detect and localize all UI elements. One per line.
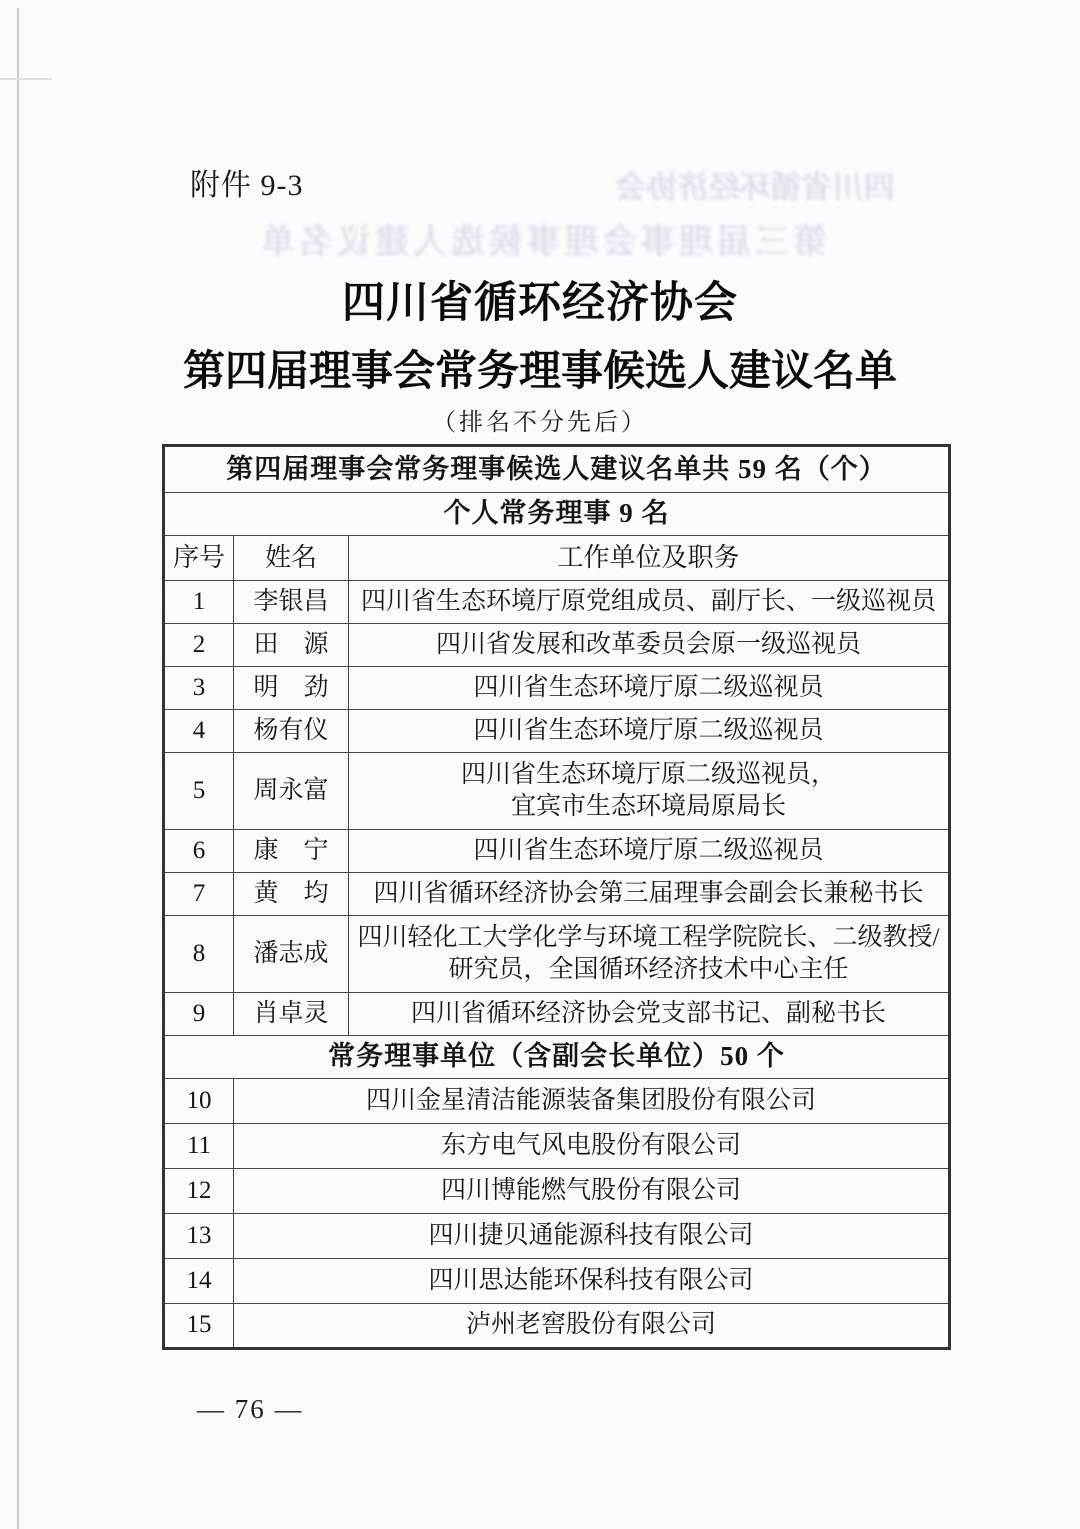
table-row: 1 李银昌 四川省生态环境厅原党组成员、副厅长、一级巡视员 <box>164 581 950 624</box>
table-row: 11 东方电气风电股份有限公司 <box>164 1124 950 1169</box>
cell-position: 四川省生态环境厅原二级巡视员 <box>349 667 950 710</box>
ink-bleedthrough-line-1: 四川省循环经济协会 <box>610 162 900 207</box>
document-title: 四川省循环经济协会 <box>0 269 1080 330</box>
cell-name: 康 宁 <box>234 830 349 873</box>
cell-position: 四川省生态环境厅原二级巡视员， 宜宾市生态环境局原局长 <box>349 753 950 830</box>
table-row: 12 四川博能燃气股份有限公司 <box>164 1169 950 1214</box>
unit-section-header: 常务理事单位（含副会长单位）50 个 <box>164 1036 950 1079</box>
cell-no: 13 <box>164 1214 234 1259</box>
column-header-unit: 工作单位及职务 <box>349 536 950 581</box>
table-row: 15 泸州老窖股份有限公司 <box>164 1304 950 1349</box>
cell-no: 7 <box>164 873 234 916</box>
cell-name: 潘志成 <box>234 916 349 993</box>
table-row: 13 四川捷贝通能源科技有限公司 <box>164 1214 950 1259</box>
cell-position: 四川省循环经济协会党支部书记、副秘书长 <box>349 993 950 1036</box>
cell-name: 周永富 <box>234 753 349 830</box>
cell-name: 杨有仪 <box>234 710 349 753</box>
column-header-name: 姓名 <box>234 536 349 581</box>
table-row: 8 潘志成 四川轻化工大学化学与环境工程学院院长、二级教授/ 研究员，全国循环经… <box>164 916 950 993</box>
cell-unit: 东方电气风电股份有限公司 <box>234 1124 950 1169</box>
cell-no: 14 <box>164 1259 234 1304</box>
cell-no: 3 <box>164 667 234 710</box>
cell-name: 肖卓灵 <box>234 993 349 1036</box>
scan-edge-tick-artifact <box>0 78 52 80</box>
cell-no: 2 <box>164 624 234 667</box>
cell-name: 田 源 <box>234 624 349 667</box>
cell-no: 11 <box>164 1124 234 1169</box>
unit-section-header-row: 常务理事单位（含副会长单位）50 个 <box>164 1036 950 1079</box>
table-row: 3 明 劲 四川省生态环境厅原二级巡视员 <box>164 667 950 710</box>
cell-no: 15 <box>164 1304 234 1349</box>
cell-name: 李银昌 <box>234 581 349 624</box>
cell-name: 黄 均 <box>234 873 349 916</box>
scanned-document-page: 附件 9-3 四川省循环经济协会 第三届理事会理事候选人建议名单 四川省循环经济… <box>0 0 1080 1529</box>
table-row: 14 四川思达能环保科技有限公司 <box>164 1259 950 1304</box>
table-row: 2 田 源 四川省发展和改革委员会原一级巡视员 <box>164 624 950 667</box>
column-header-row: 序号 姓名 工作单位及职务 <box>164 536 950 581</box>
table-row: 6 康 宁 四川省生态环境厅原二级巡视员 <box>164 830 950 873</box>
cell-position: 四川省发展和改革委员会原一级巡视员 <box>349 624 950 667</box>
cell-position: 四川省生态环境厅原二级巡视员 <box>349 830 950 873</box>
cell-unit: 泸州老窖股份有限公司 <box>234 1304 950 1349</box>
cell-unit: 四川捷贝通能源科技有限公司 <box>234 1214 950 1259</box>
individual-section-header-row: 个人常务理事 9 名 <box>164 493 950 536</box>
document-subtitle: 第四届理事会常务理事候选人建议名单 <box>0 338 1080 398</box>
ink-bleedthrough-line-2: 第三届理事会理事候选人建议名单 <box>208 214 876 263</box>
table-row: 4 杨有仪 四川省生态环境厅原二级巡视员 <box>164 710 950 753</box>
table-main-header: 第四届理事会常务理事候选人建议名单共 59 名（个） <box>164 446 950 493</box>
cell-position: 四川省循环经济协会第三届理事会副会长兼秘书长 <box>349 873 950 916</box>
individual-section-header: 个人常务理事 9 名 <box>164 493 950 536</box>
table-row: 9 肖卓灵 四川省循环经济协会党支部书记、副秘书长 <box>164 993 950 1036</box>
ranking-note: （排名不分先后） <box>0 402 1080 437</box>
attachment-label: 附件 9-3 <box>190 160 304 204</box>
table-row: 5 周永富 四川省生态环境厅原二级巡视员， 宜宾市生态环境局原局长 <box>164 753 950 830</box>
table-row: 7 黄 均 四川省循环经济协会第三届理事会副会长兼秘书长 <box>164 873 950 916</box>
cell-no: 4 <box>164 710 234 753</box>
cell-no: 10 <box>164 1079 234 1124</box>
column-header-no: 序号 <box>164 536 234 581</box>
table-row: 10 四川金星清洁能源装备集团股份有限公司 <box>164 1079 950 1124</box>
cell-name: 明 劲 <box>234 667 349 710</box>
cell-no: 12 <box>164 1169 234 1214</box>
page-number: — 76 — <box>197 1394 304 1425</box>
cell-no: 8 <box>164 916 234 993</box>
cell-unit: 四川思达能环保科技有限公司 <box>234 1259 950 1304</box>
cell-position: 四川省生态环境厅原党组成员、副厅长、一级巡视员 <box>349 581 950 624</box>
cell-position: 四川省生态环境厅原二级巡视员 <box>349 710 950 753</box>
cell-no: 9 <box>164 993 234 1036</box>
cell-no: 5 <box>164 753 234 830</box>
cell-no: 1 <box>164 581 234 624</box>
cell-unit: 四川博能燃气股份有限公司 <box>234 1169 950 1214</box>
cell-position: 四川轻化工大学化学与环境工程学院院长、二级教授/ 研究员，全国循环经济技术中心主… <box>349 916 950 993</box>
cell-unit: 四川金星清洁能源装备集团股份有限公司 <box>234 1079 950 1124</box>
cell-no: 6 <box>164 830 234 873</box>
candidate-table: 第四届理事会常务理事候选人建议名单共 59 名（个） 个人常务理事 9 名 序号… <box>162 444 951 1350</box>
scan-edge-line-artifact <box>17 8 19 1529</box>
table-main-header-row: 第四届理事会常务理事候选人建议名单共 59 名（个） <box>164 446 950 493</box>
